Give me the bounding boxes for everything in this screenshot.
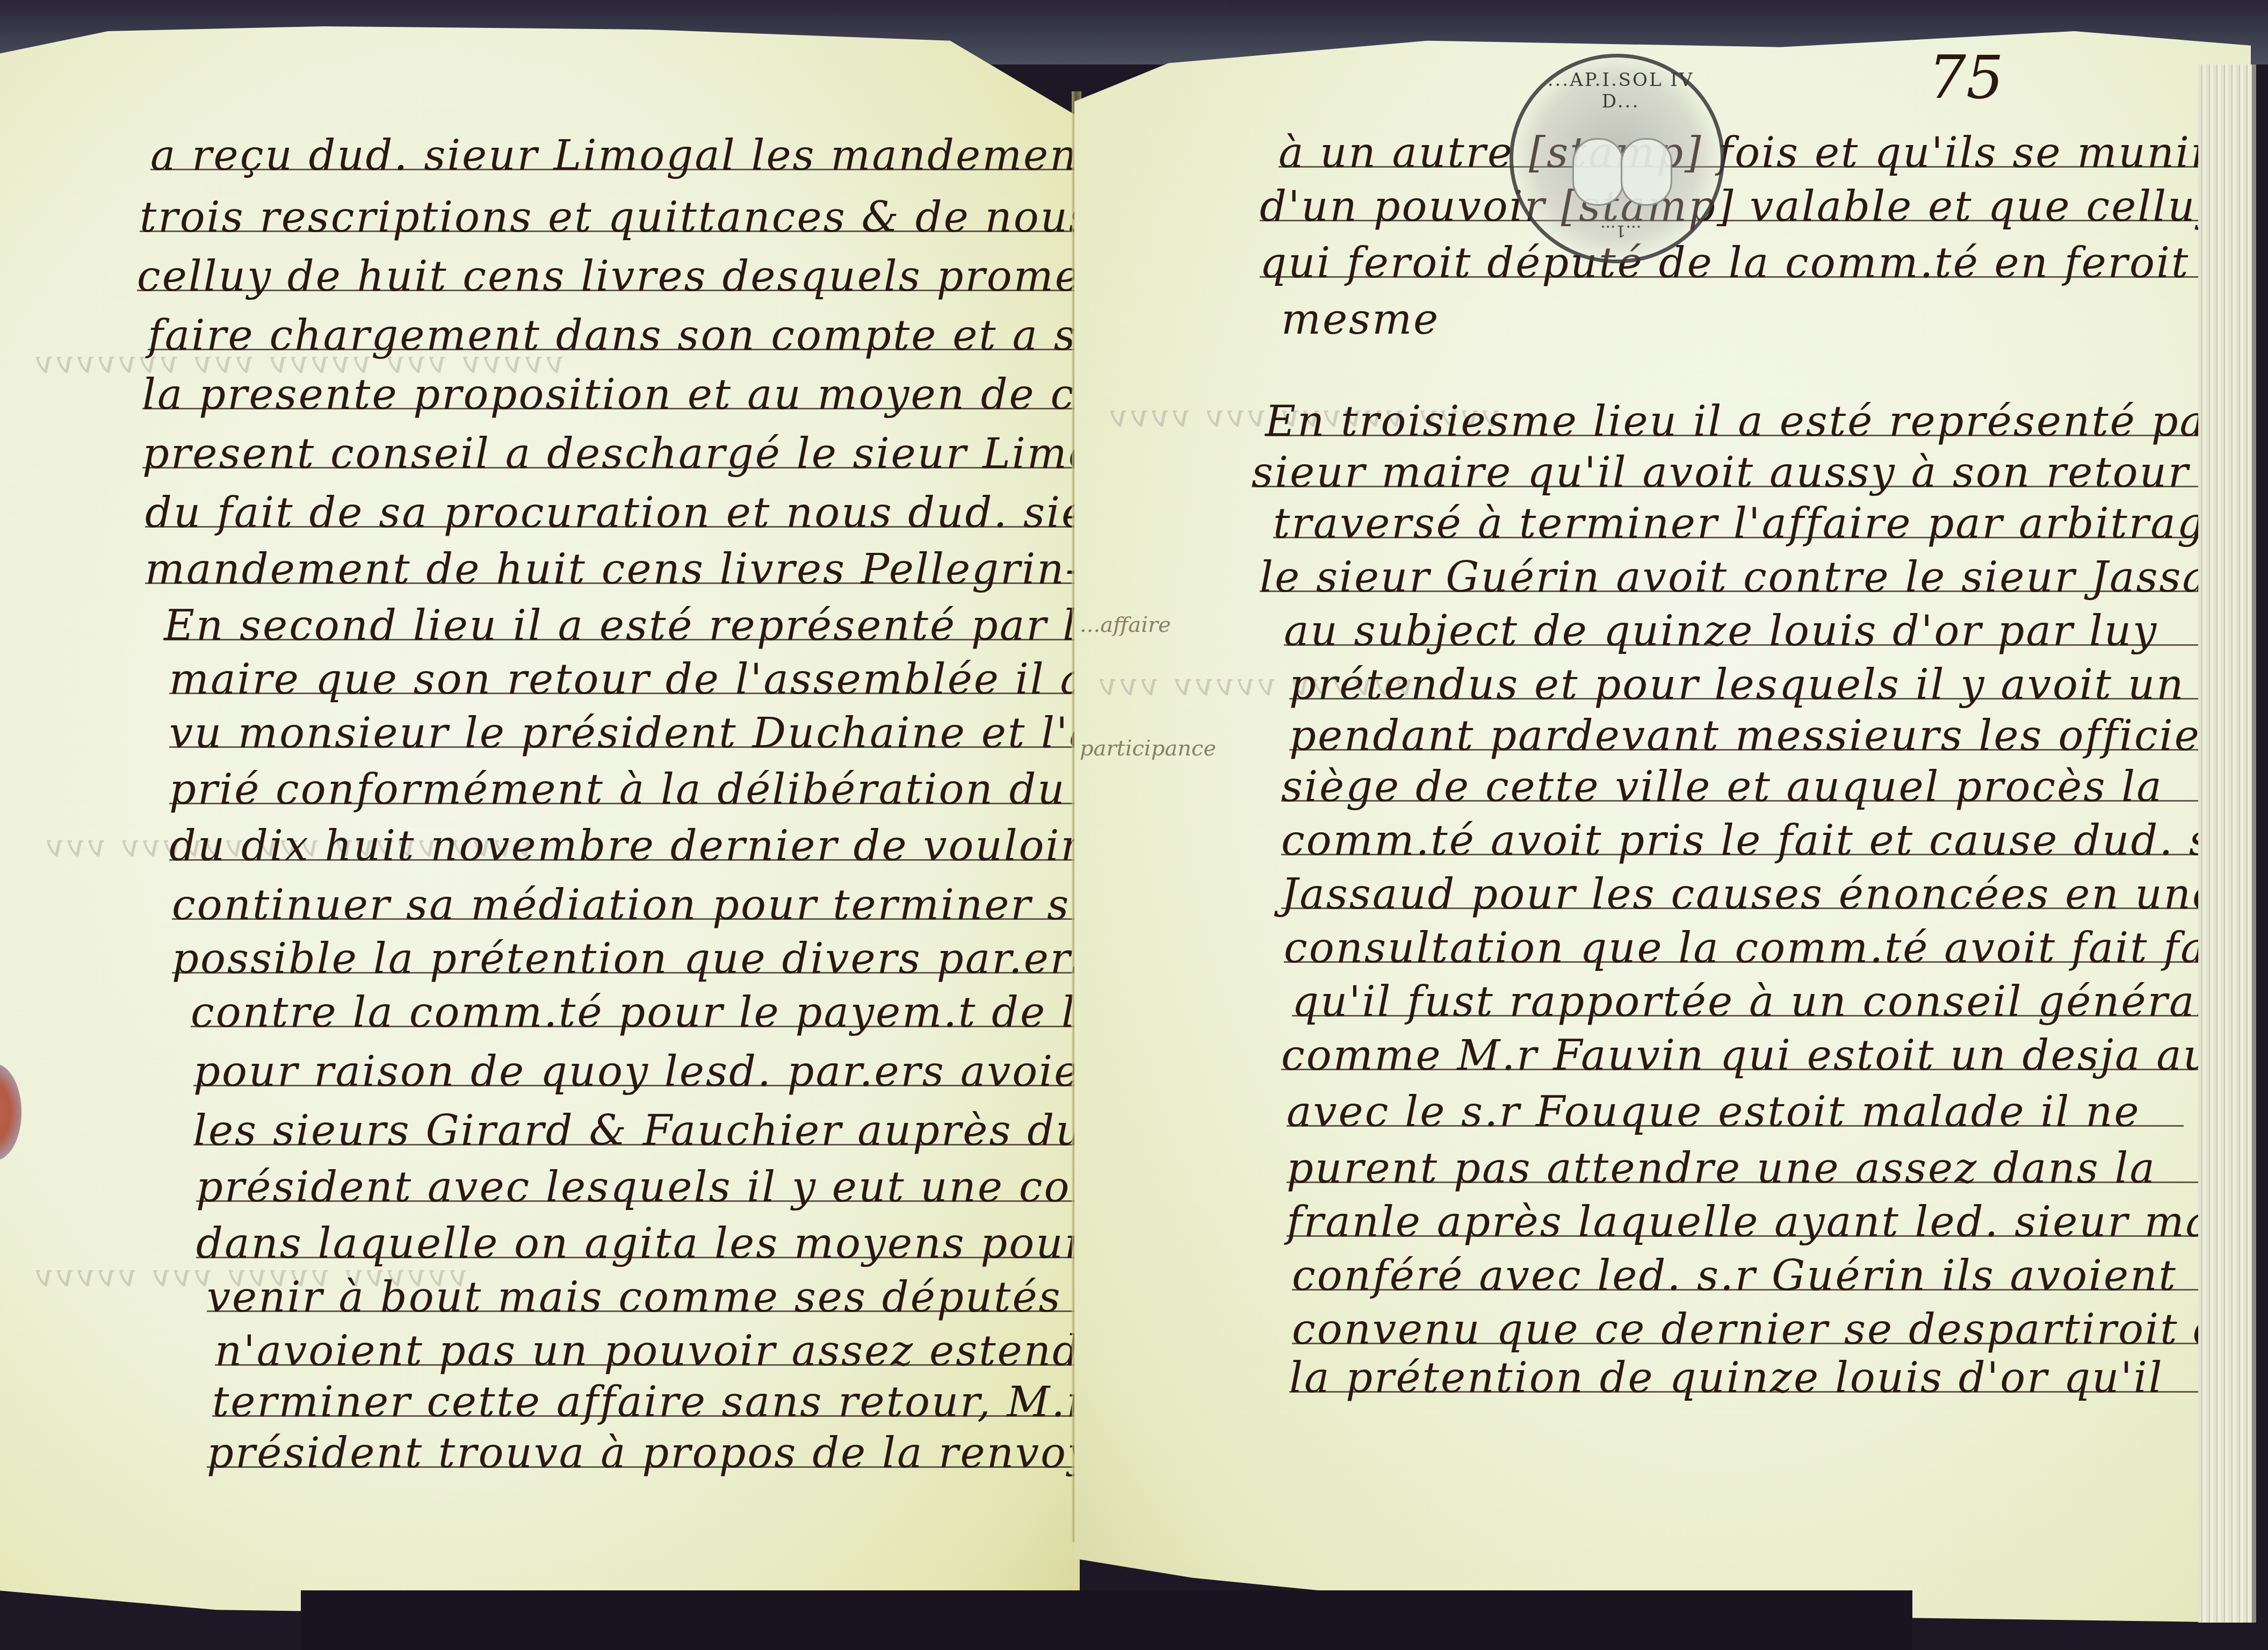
manuscript-line: celluy de huit cens livres desquels prom… bbox=[137, 253, 1080, 301]
manuscript-line: prétendus et pour lesquels il y avoit un… bbox=[1289, 661, 2251, 709]
manuscript-line: continuer sa médiation pour terminer s'i… bbox=[172, 881, 1080, 930]
stamp-legend: ...AP.I.SOL IV D... bbox=[1545, 69, 1696, 112]
manuscript-line: sieur maire qu'il avoit aussy à son reto… bbox=[1252, 449, 2190, 497]
manuscript-line: le sieur Guérin avoit contre le sieur Ja… bbox=[1260, 553, 2251, 602]
manuscript-line: d'un pouvoir [stamp] valable et que cell… bbox=[1260, 183, 2222, 231]
manuscript-line: venir à bout mais comme ses députés bbox=[207, 1273, 1062, 1322]
manuscript-line: purent pas attendre une assez dans la bbox=[1287, 1144, 2156, 1193]
folio-number: 75 bbox=[1928, 43, 2004, 112]
manuscript-line: dans laquelle on agita les moyens pour e… bbox=[196, 1220, 1080, 1268]
manuscript-line: pour raison de quoy lesd. par.ers avoien… bbox=[193, 1048, 1080, 1096]
manuscript-line: les sieurs Girard & Fauchier auprès dud.… bbox=[193, 1107, 1080, 1155]
manuscript-line: n'avoient pas un pouvoir assez estendu p… bbox=[215, 1327, 1080, 1375]
manuscript-line: qu'il fust rapportée à un conseil généra… bbox=[1292, 978, 2251, 1026]
manuscript-line: maire que son retour de l'assemblée il a… bbox=[169, 655, 1080, 704]
manuscript-line: qui feroit député de la comm.té en feroi… bbox=[1260, 239, 2251, 287]
manuscript-line: trois rescriptions et quittances & de no… bbox=[140, 193, 1080, 242]
manuscript-line: siège de cette ville et auquel procès la bbox=[1281, 763, 2163, 811]
manuscript-line: vu monsieur le président Duchaine et l'a… bbox=[169, 709, 1080, 758]
left-page: vvvvv vvv vvvvv vvv vvvvvvv vvvv vvvvv v… bbox=[0, 21, 1080, 1623]
manuscript-line: terminer cette affaire sans retour, M.r … bbox=[212, 1378, 1080, 1426]
binding-shadow bbox=[301, 1590, 1912, 1650]
open-book: vvvvv vvv vvvvv vvv vvvvvvv vvvv vvvvv v… bbox=[0, 21, 2256, 1628]
manuscript-line: comme M.r Fauvin qui estoit un desja au … bbox=[1281, 1032, 2251, 1080]
manuscript-line: comm.té avoit pris le fait et cause dud.… bbox=[1281, 817, 2249, 865]
manuscript-line: avec le s.r Fouque estoit malade il ne bbox=[1287, 1088, 2141, 1136]
fleur-de-lis-shield-icon bbox=[1621, 138, 1672, 206]
manuscript-line: traversé à terminer l'affaire par arbitr… bbox=[1273, 500, 2251, 548]
manuscript-line: consultation que la comm.té avoit fait f… bbox=[1284, 924, 2251, 972]
manuscript-line: mandement de huit cens livres Pellegrin-… bbox=[145, 545, 1080, 594]
manuscript-line: present conseil a deschargé le sieur Lim… bbox=[142, 430, 1080, 478]
manuscript-line: possible la prétention que divers par.er… bbox=[172, 935, 1080, 983]
manuscript-line: à un autre [stamp] fois et qu'ils se mun… bbox=[1279, 129, 2251, 177]
manuscript-line: président avec lesquels il y eut une con… bbox=[196, 1163, 1080, 1212]
right-page: vvvv vvvvvv vvv vvvv vvvvvv vvvvv vvv ..… bbox=[1074, 21, 2251, 1623]
manuscript-line: au subject de quinze louis d'or par luy bbox=[1284, 607, 2158, 655]
stamp-legend-bottom: ...1... bbox=[1562, 221, 1680, 240]
margin-note: participance bbox=[1080, 736, 1216, 761]
manuscript-line: a reçu dud. sieur Limogal les mandements… bbox=[150, 132, 1080, 180]
manuscript-line: franle après laquelle ayant led. sieur m… bbox=[1287, 1198, 2251, 1246]
manuscript-line: Jassaud pour les causes énoncées en une bbox=[1281, 870, 2219, 919]
manuscript-line: du fait de sa procuration et nous dud. s… bbox=[145, 489, 1080, 537]
manuscript-line: la prétention de quinze louis d'or qu'il bbox=[1289, 1354, 2164, 1402]
manuscript-line: faire chargement dans son compte et a si… bbox=[148, 312, 1080, 360]
manuscript-line: En troisiesme lieu il a esté représenté … bbox=[1265, 398, 2251, 446]
manuscript-line: président trouva à propos de la renvoyer bbox=[207, 1429, 1080, 1478]
manuscript-line: pendant pardevant messieurs les officier… bbox=[1289, 712, 2251, 760]
fleur-de-lis-shield-icon bbox=[1572, 138, 1624, 206]
manuscript-line: la presente proposition et au moyen de c… bbox=[142, 371, 1080, 419]
manuscript-line: conféré avec led. s.r Guérin ils avoient bbox=[1292, 1252, 2177, 1300]
tax-stamp-seal: ...AP.I.SOL IV D... ...1... bbox=[1509, 54, 1724, 263]
margin-note: ...affaire bbox=[1080, 613, 1171, 637]
manuscript-line: En second lieu il a esté représenté par … bbox=[164, 602, 1080, 650]
stacked-page-edges bbox=[2198, 64, 2256, 1623]
manuscript-line: convenu que ce dernier se despartiroit d… bbox=[1292, 1306, 2248, 1354]
manuscript-line: prié conformément à la délibération du c… bbox=[169, 766, 1080, 814]
manuscript-line: du dix huit novembre dernier de vouloir bbox=[169, 822, 1080, 870]
manuscript-line: contre la comm.té pour le payem.t de leu… bbox=[191, 989, 1080, 1037]
manuscript-line: mesme bbox=[1281, 296, 1440, 344]
